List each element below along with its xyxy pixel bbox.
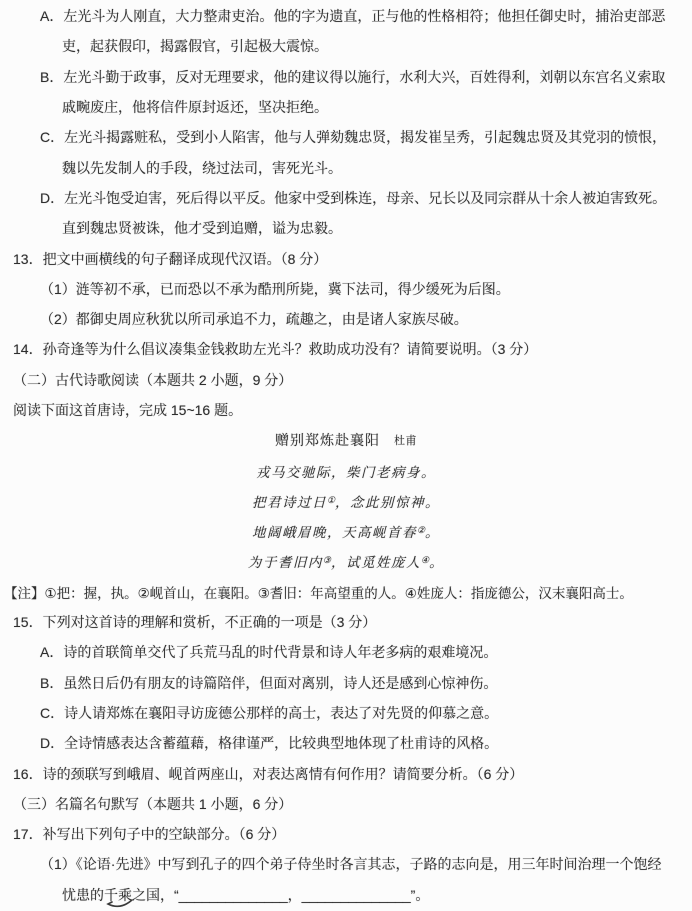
q17-stem: 17．补写出下列句子中的空缺部分。（6 分） (0, 819, 692, 849)
q14-stem: 14．孙奇逢等为什么倡议凑集金钱救助左光斗？救助成功没有？请简要说明。（3 分） (0, 334, 692, 364)
poem-line-2: 把君诗过日①，念此别惊神。 (0, 486, 692, 516)
poem-note: 【注】①把：握，执。②岘首山，在襄阳。③耆旧：年高望重的人。④姓庞人：指庞德公，… (0, 577, 692, 607)
q12-option-d-line1: D．左光斗饱受迫害，死后得以平反。他家中受到株连，母亲、兄长以及同宗群从十余人被… (0, 183, 692, 213)
section-2-heading: （二）古代诗歌阅读（本题共 2 小题，9 分） (0, 365, 692, 395)
q12-option-b-line2: 戚畹废庄，他将信件原封返还，坚决拒绝。 (0, 92, 692, 122)
poem-intro: 阅读下面这首唐诗，完成 15~16 题。 (0, 395, 692, 425)
q12-option-a-line1: A．左光斗为人刚直，大力整肃吏治。他的字为遗直，正与他的性格相符；他担任御史时，… (0, 1, 692, 31)
q12-option-c-line2: 魏以先发制人的手段，绕过法司，害死光斗。 (0, 152, 692, 182)
document-body: A．左光斗为人刚直，大力整肃吏治。他的字为遗直，正与他的性格相符；他担任御史时，… (0, 0, 692, 911)
q12-option-a-line2: 吏，起获假印，揭露假官，引起极大震惊。 (0, 31, 692, 61)
q17-sub1-line2: 忧患的千乘之国，“______________，______________”。 (0, 880, 692, 910)
q15-option-b: B．虽然日后仍有朋友的诗篇陪伴，但面对离别，诗人还是感到心惊神伤。 (0, 668, 692, 698)
q12-option-c-line1: C．左光斗揭露赃私，受到小人陷害，他与人弹劾魏忠贤，揭发崔呈秀，引起魏忠贤及其党… (0, 122, 692, 152)
q15-option-a: A．诗的首联简单交代了兵荒马乱的时代背景和诗人年老多病的艰难境况。 (0, 637, 692, 667)
q13-sub2: （2）都御史周应秋犹以所司承追不力，疏趣之，由是诸人家族尽破。 (0, 304, 692, 334)
q15-option-d: D．全诗情感表达含蓄蕴藉，格律谨严，比较典型地体现了杜甫诗的风格。 (0, 728, 692, 758)
poem-title-line: 赠别郑炼赴襄阳杜甫 (0, 425, 692, 455)
poem-line-1: 戎马交驰际，柴门老病身。 (0, 455, 692, 485)
exam-paper-page: A．左光斗为人刚直，大力整肃吏治。他的字为遗直，正与他的性格相符；他担任御史时，… (0, 0, 692, 911)
poem-author: 杜甫 (394, 432, 417, 448)
poem-title-text: 赠别郑炼赴襄阳 (275, 430, 380, 450)
q15-stem: 15．下列对这首诗的理解和赏析，不正确的一项是（3 分） (0, 607, 692, 637)
q12-option-d-line2: 直到魏忠贤被诛，他才受到追赠，谥为忠毅。 (0, 213, 692, 243)
q12-option-b-line1: B．左光斗勤于政事，反对无理要求，他的建议得以施行，水利大兴，百姓得利，刘朝以东… (0, 62, 692, 92)
section-3-heading: （三）名篇名句默写（本题共 1 小题，6 分） (0, 789, 692, 819)
poem-line-3: 地阔峨眉晚，天高岘首春②。 (0, 516, 692, 546)
poem-line-4: 为于耆旧内③，试觅姓庞人④。 (0, 546, 692, 576)
q17-sub1-line1: （1）《论语·先进》中写到孔子的四个弟子侍坐时各言其志，子路的志向是，用三年时间… (0, 849, 692, 879)
scan-artifact-mark (106, 898, 134, 910)
q16-stem: 16．诗的颈联写到峨眉、岘首两座山，对表达离情有何作用？请简要分析。（6 分） (0, 758, 692, 788)
q13-stem: 13．把文中画横线的句子翻译成现代汉语。（8 分） (0, 243, 692, 273)
q13-sub1: （1）涟等初不承，已而恐以不承为酷刑所毙，冀下法司，得少缓死为后图。 (0, 274, 692, 304)
q15-option-c: C．诗人请郑炼在襄阳寻访庞德公那样的高士，表达了对先贤的仰慕之意。 (0, 698, 692, 728)
